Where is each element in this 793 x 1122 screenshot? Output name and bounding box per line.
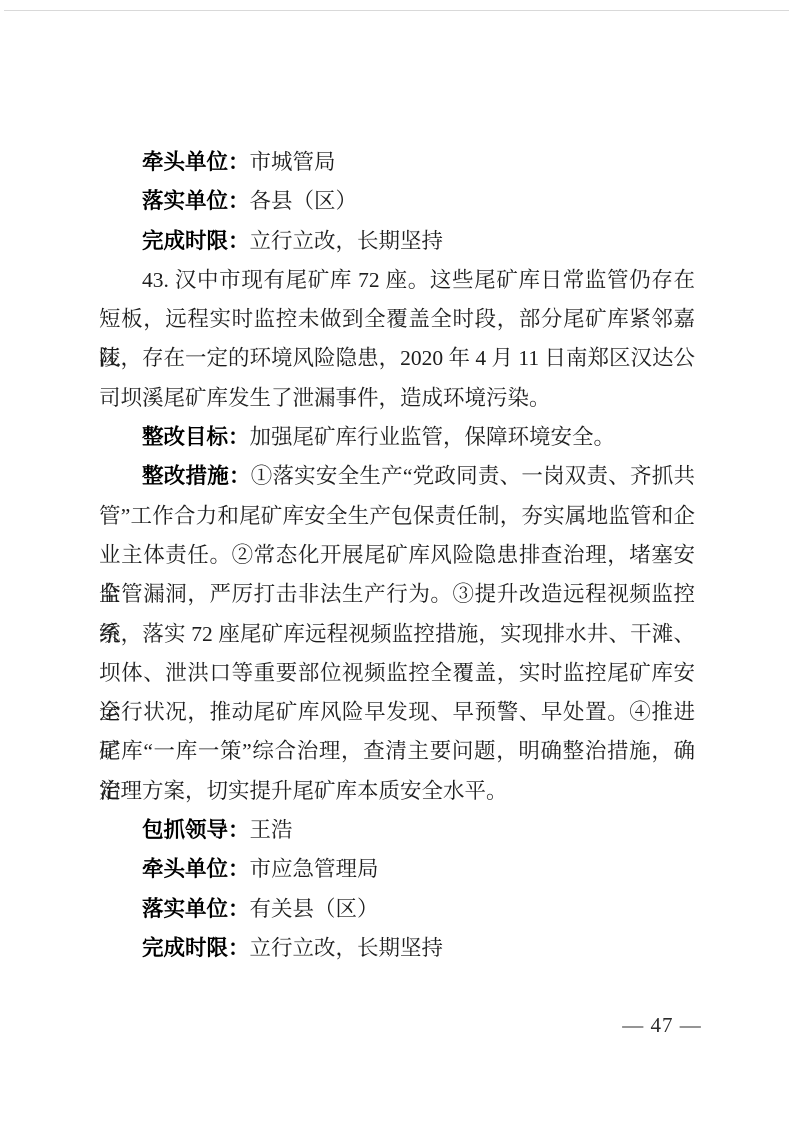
body-line: 统，落实 72 座尾矿库远程视频监控措施，实现排水井、干滩、 xyxy=(99,615,695,654)
body-line: 坝体、泄洪口等重要部位视频监控全覆盖，实时监控尾矿库安全 xyxy=(99,654,695,693)
document-body: 牵头单位：市城管局 落实单位：各县（区） 完成时限：立行立改，长期坚持 43. … xyxy=(99,143,695,968)
field-line: 包抓领导：王浩 xyxy=(99,811,695,850)
field-label: 完成时限： xyxy=(142,936,250,960)
field-label: 整改目标： xyxy=(142,425,250,449)
field-value: 加强尾矿库行业监管，保障环境安全。 xyxy=(250,425,616,449)
field-value: 王浩 xyxy=(250,818,293,842)
body-line: 43. 汉中市现有尾矿库 72 座。这些尾矿库日常监管仍存在 xyxy=(99,261,695,300)
body-line: 管”工作合力和尾矿库安全生产包保责任制，夯实属地监管和企 xyxy=(99,497,695,536)
document-page: 牵头单位：市城管局 落实单位：各县（区） 完成时限：立行立改，长期坚持 43. … xyxy=(0,0,793,1122)
body-line: 短板，远程实时监控未做到全覆盖全时段，部分尾矿库紧邻嘉陵 xyxy=(99,300,695,339)
field-label: 落实单位： xyxy=(142,189,250,213)
body-line: 监管漏洞，严厉打击非法生产行为。③提升改造远程视频监控系 xyxy=(99,575,695,614)
field-label: 整改措施： xyxy=(142,464,251,488)
field-line: 牵头单位：市城管局 xyxy=(99,143,695,182)
field-line: 落实单位：各县（区） xyxy=(99,182,695,221)
field-value: 市城管局 xyxy=(250,150,336,174)
body-line: 矿库“一库一策”综合治理，查清主要问题，明确整治措施，确定 xyxy=(99,732,695,771)
field-line: 牵头单位：市应急管理局 xyxy=(99,850,695,889)
field-line: 整改目标：加强尾矿库行业监管，保障环境安全。 xyxy=(99,418,695,457)
body-line: 业主体责任。②常态化开展尾矿库风险隐患排查治理，堵塞安全 xyxy=(99,536,695,575)
field-value: 市应急管理局 xyxy=(250,857,379,881)
field-line: 完成时限：立行立改，长期坚持 xyxy=(99,222,695,261)
field-value: ①落实安全生产“党政同责、一岗双责、齐抓共 xyxy=(251,464,695,488)
body-line: 治理方案，切实提升尾矿库本质安全水平。 xyxy=(99,772,695,811)
field-label: 落实单位： xyxy=(142,897,250,921)
field-value: 有关县（区） xyxy=(250,897,379,921)
field-value: 立行立改，长期坚持 xyxy=(250,229,444,253)
body-line: 江，存在一定的环境风险隐患，2020 年 4 月 11 日南郑区汉达公 xyxy=(99,339,695,378)
field-label: 牵头单位： xyxy=(142,857,250,881)
field-label: 完成时限： xyxy=(142,229,250,253)
page-number: — 47 — xyxy=(612,1011,712,1039)
field-value: 立行立改，长期坚持 xyxy=(250,936,444,960)
field-line: 整改措施：①落实安全生产“党政同责、一岗双责、齐抓共 xyxy=(99,457,695,496)
field-label: 包抓领导： xyxy=(142,818,250,842)
scan-edge-line xyxy=(4,10,789,11)
field-line: 落实单位：有关县（区） xyxy=(99,890,695,929)
body-line: 运行状况，推动尾矿库风险早发现、早预警、早处置。④推进尾 xyxy=(99,693,695,732)
field-value: 各县（区） xyxy=(250,189,358,213)
body-line: 司坝溪尾矿库发生了泄漏事件，造成环境污染。 xyxy=(99,379,695,418)
field-line: 完成时限：立行立改，长期坚持 xyxy=(99,929,695,968)
field-label: 牵头单位： xyxy=(142,150,250,174)
